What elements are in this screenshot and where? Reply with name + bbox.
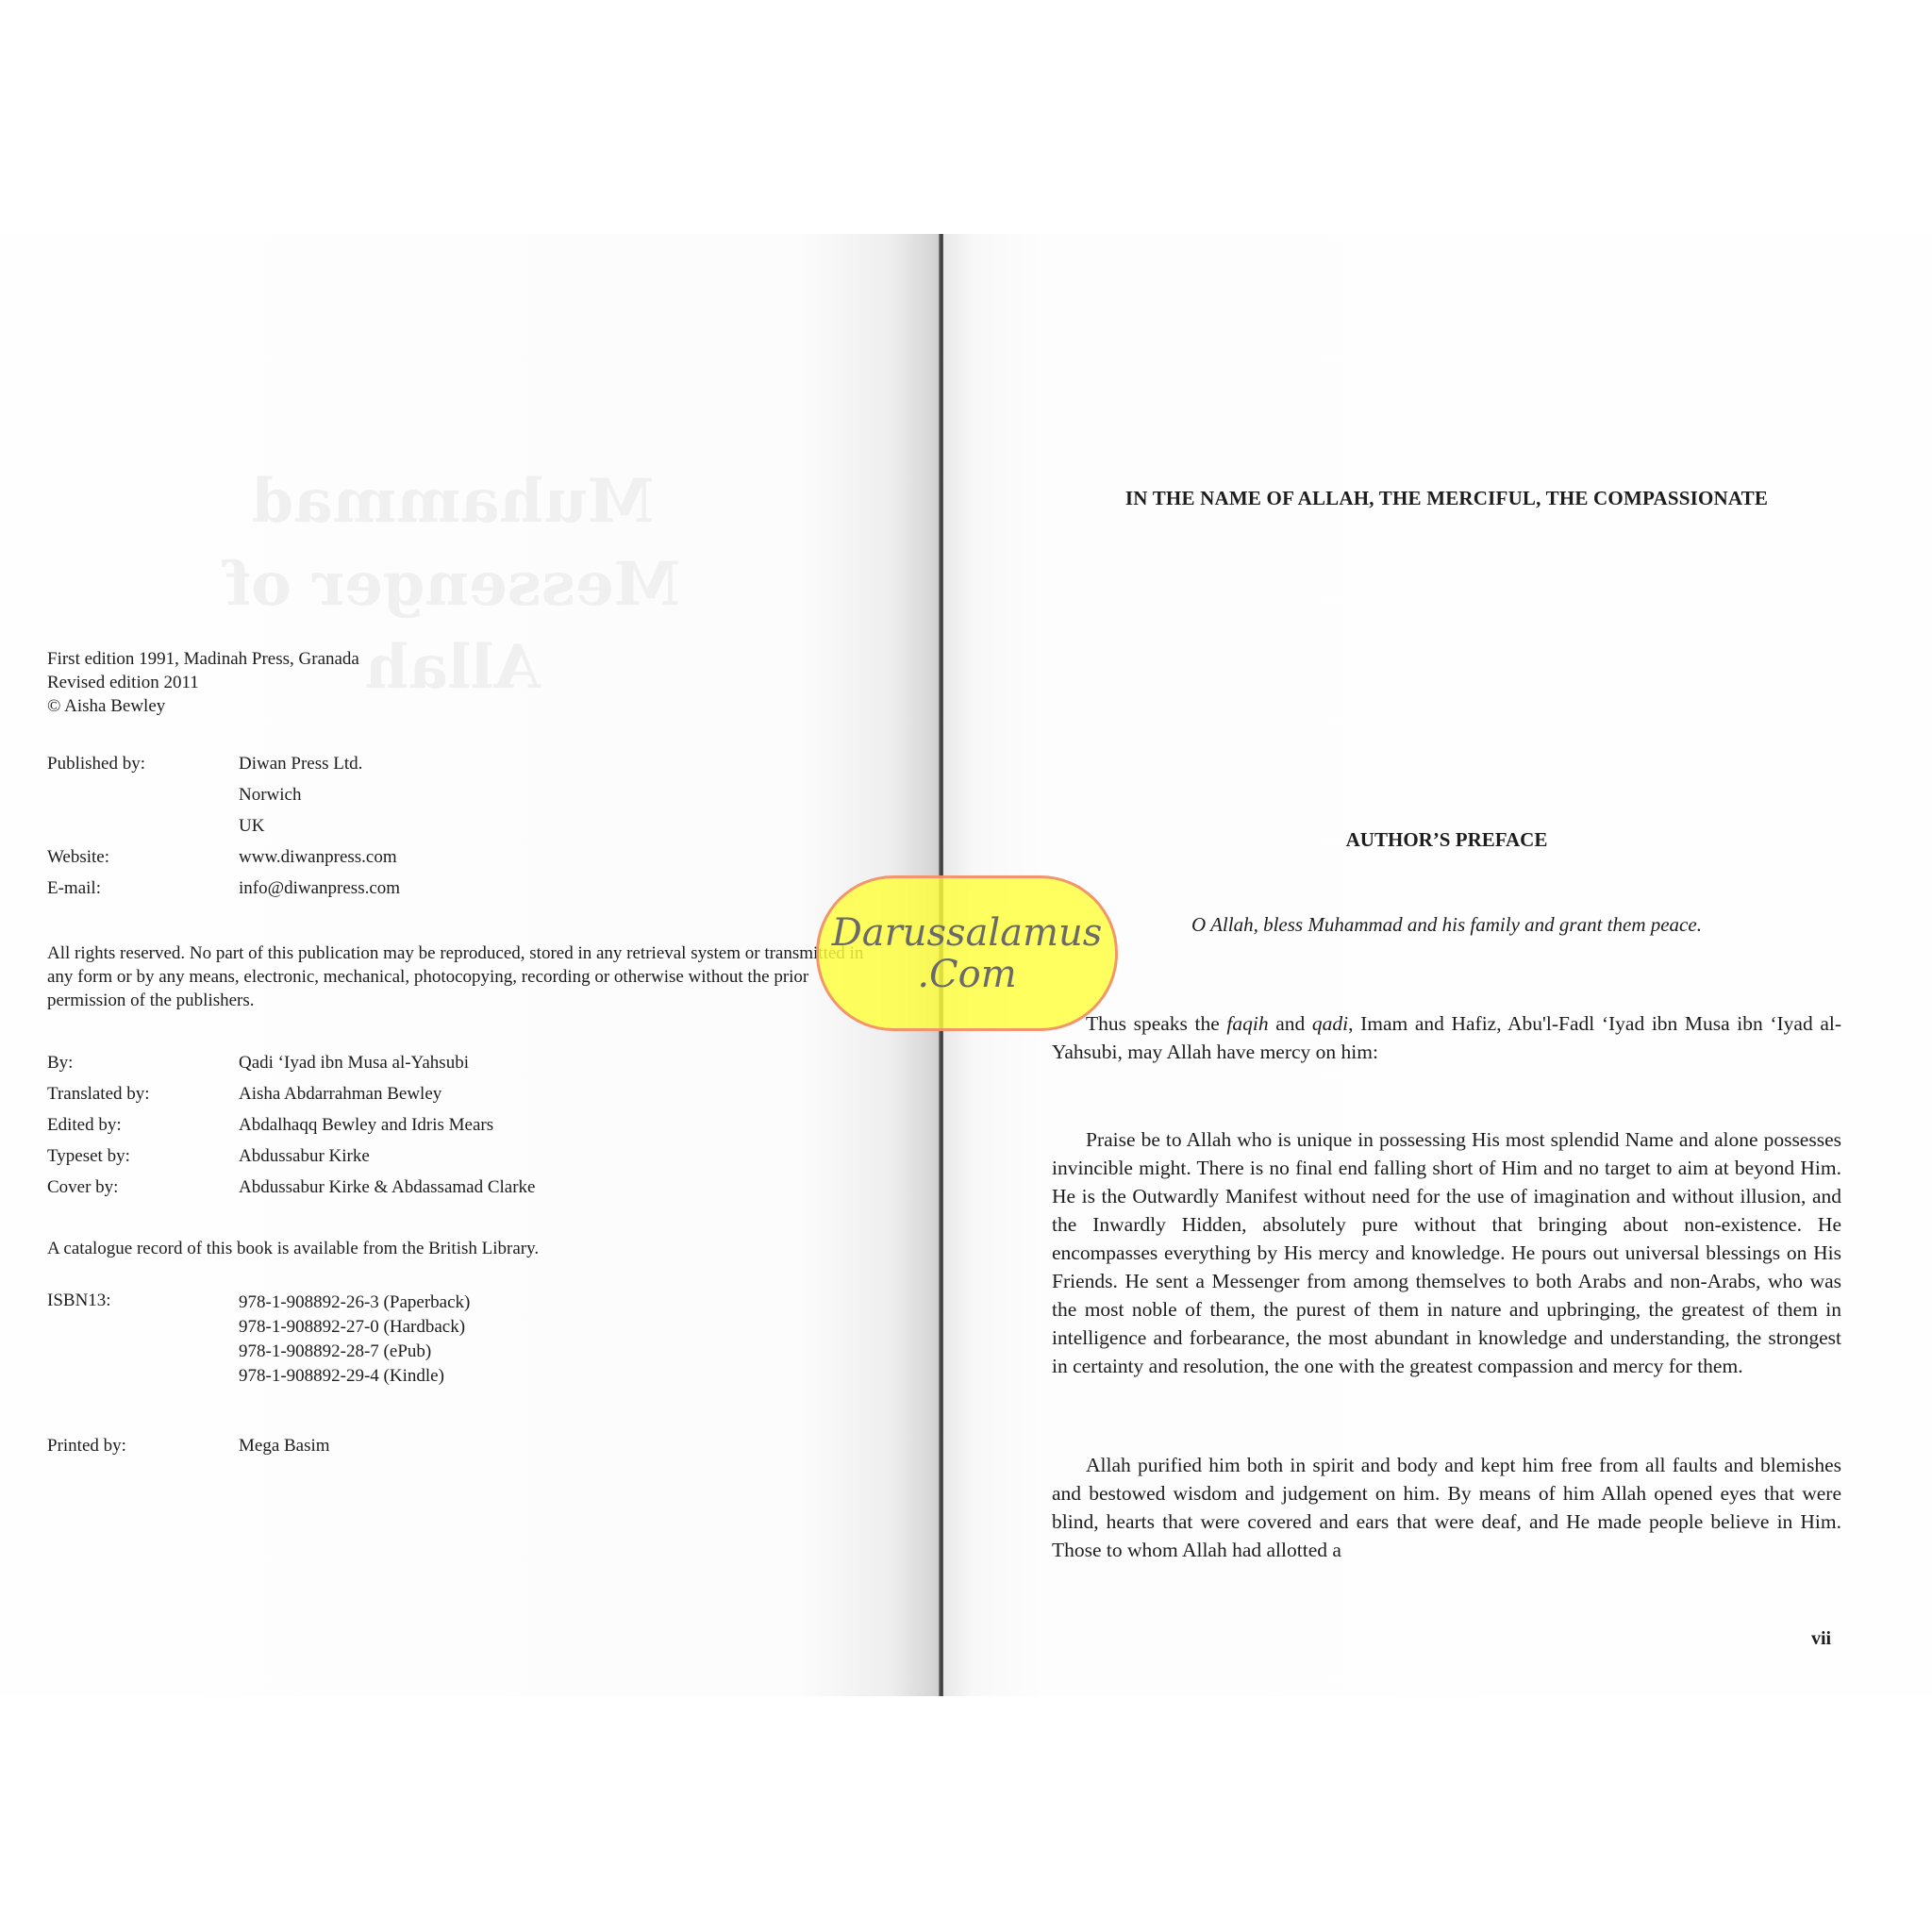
- website-label: Website:: [47, 847, 239, 868]
- isbn-list: 978-1-908892-26-3 (Paperback) 978-1-9088…: [239, 1291, 470, 1389]
- email-row: E-mail: info@diwanpress.com: [47, 873, 400, 904]
- term-qadi: qadi: [1312, 1012, 1348, 1035]
- intro-paragraph: Thus speaks the faqih and qadi, Imam and…: [1052, 1009, 1841, 1066]
- publisher-city-row: Norwich: [47, 779, 400, 810]
- credit-value: Abdalhaqq Bewley and Idris Mears: [239, 1115, 493, 1136]
- term-faqih: faqih: [1226, 1012, 1268, 1035]
- printer-value: Mega Basim: [239, 1436, 330, 1457]
- intro-text: Thus speaks the: [1086, 1012, 1226, 1035]
- credit-value: Abdussabur Kirke & Abdassamad Clarke: [239, 1177, 536, 1198]
- printer-table: Printed by: Mega Basim: [47, 1430, 330, 1461]
- isbn-kindle: 978-1-908892-29-4 (Kindle): [239, 1364, 470, 1389]
- preface-title: AUTHOR’S PREFACE: [1052, 828, 1841, 852]
- watermark-badge: Darussalamus .Com: [816, 875, 1118, 1031]
- email-link[interactable]: info@diwanpress.com: [239, 878, 400, 899]
- website-row: Website: www.diwanpress.com: [47, 841, 400, 873]
- isbn-table: ISBN13: 978-1-908892-26-3 (Paperback) 97…: [47, 1291, 470, 1389]
- publisher-name: Diwan Press Ltd.: [239, 754, 362, 774]
- page-number: vii: [1811, 1628, 1831, 1650]
- publisher-city: Norwich: [239, 785, 301, 806]
- credit-label: Cover by:: [47, 1177, 239, 1198]
- rights-notice: All rights reserved. No part of this pub…: [47, 941, 877, 1012]
- bleed-title-line-1: Muhammad: [160, 460, 745, 543]
- isbn-row: ISBN13: 978-1-908892-26-3 (Paperback) 97…: [47, 1291, 470, 1389]
- credit-row: Cover by: Abdussabur Kirke & Abdassamad …: [47, 1172, 536, 1203]
- credit-label: By:: [47, 1053, 239, 1074]
- intro-text: and: [1269, 1012, 1312, 1035]
- isbn-epub: 978-1-908892-28-7 (ePub): [239, 1340, 470, 1364]
- printer-label: Printed by:: [47, 1436, 239, 1457]
- catalogue-notice: A catalogue record of this book is avail…: [47, 1237, 539, 1260]
- credits-table: By: Qadi ‘Iyad ibn Musa al-Yahsubi Trans…: [47, 1047, 536, 1203]
- credit-row: By: Qadi ‘Iyad ibn Musa al-Yahsubi: [47, 1047, 536, 1078]
- credit-value: Aisha Abdarrahman Bewley: [239, 1084, 441, 1105]
- publisher-country: UK: [239, 816, 264, 837]
- printer-row: Printed by: Mega Basim: [47, 1430, 330, 1461]
- isbn-label: ISBN13:: [47, 1291, 239, 1389]
- purification-paragraph: Allah purified him both in spirit and bo…: [1052, 1451, 1841, 1564]
- credit-label: Translated by:: [47, 1084, 239, 1105]
- salawat-line: O Allah, bless Muhammad and his family a…: [1052, 913, 1841, 937]
- credit-value: Abdussabur Kirke: [239, 1146, 370, 1167]
- email-label: E-mail:: [47, 878, 239, 899]
- first-edition: First edition 1991, Madinah Press, Grana…: [47, 647, 359, 671]
- credit-label: Typeset by:: [47, 1146, 239, 1167]
- credit-label: Edited by:: [47, 1115, 239, 1136]
- credit-value: Qadi ‘Iyad ibn Musa al-Yahsubi: [239, 1053, 469, 1074]
- left-page: Muhammad Messenger of Allah First editio…: [0, 234, 939, 1696]
- publisher-label: Published by:: [47, 754, 239, 774]
- praise-paragraph: Praise be to Allah who is unique in poss…: [1052, 1125, 1841, 1380]
- isbn-hardback: 978-1-908892-27-0 (Hardback): [239, 1315, 470, 1340]
- credit-row: Edited by: Abdalhaqq Bewley and Idris Me…: [47, 1109, 536, 1141]
- credit-row: Typeset by: Abdussabur Kirke: [47, 1141, 536, 1172]
- watermark-line-1: Darussalamus: [832, 912, 1103, 954]
- copyright: © Aisha Bewley: [47, 694, 359, 718]
- publisher-country-row: UK: [47, 810, 400, 841]
- edition-info: First edition 1991, Madinah Press, Grana…: [47, 647, 359, 718]
- publisher-info: Published by: Diwan Press Ltd. Norwich U…: [47, 748, 400, 904]
- website-link[interactable]: www.diwanpress.com: [239, 847, 397, 868]
- bismillah-heading: IN THE NAME OF ALLAH, THE MERCIFUL, THE …: [1052, 487, 1841, 510]
- publisher-row: Published by: Diwan Press Ltd.: [47, 748, 400, 779]
- watermark-line-2: .Com: [917, 954, 1016, 995]
- credit-row: Translated by: Aisha Abdarrahman Bewley: [47, 1078, 536, 1109]
- isbn-paperback: 978-1-908892-26-3 (Paperback): [239, 1291, 470, 1315]
- revised-edition: Revised edition 2011: [47, 671, 359, 694]
